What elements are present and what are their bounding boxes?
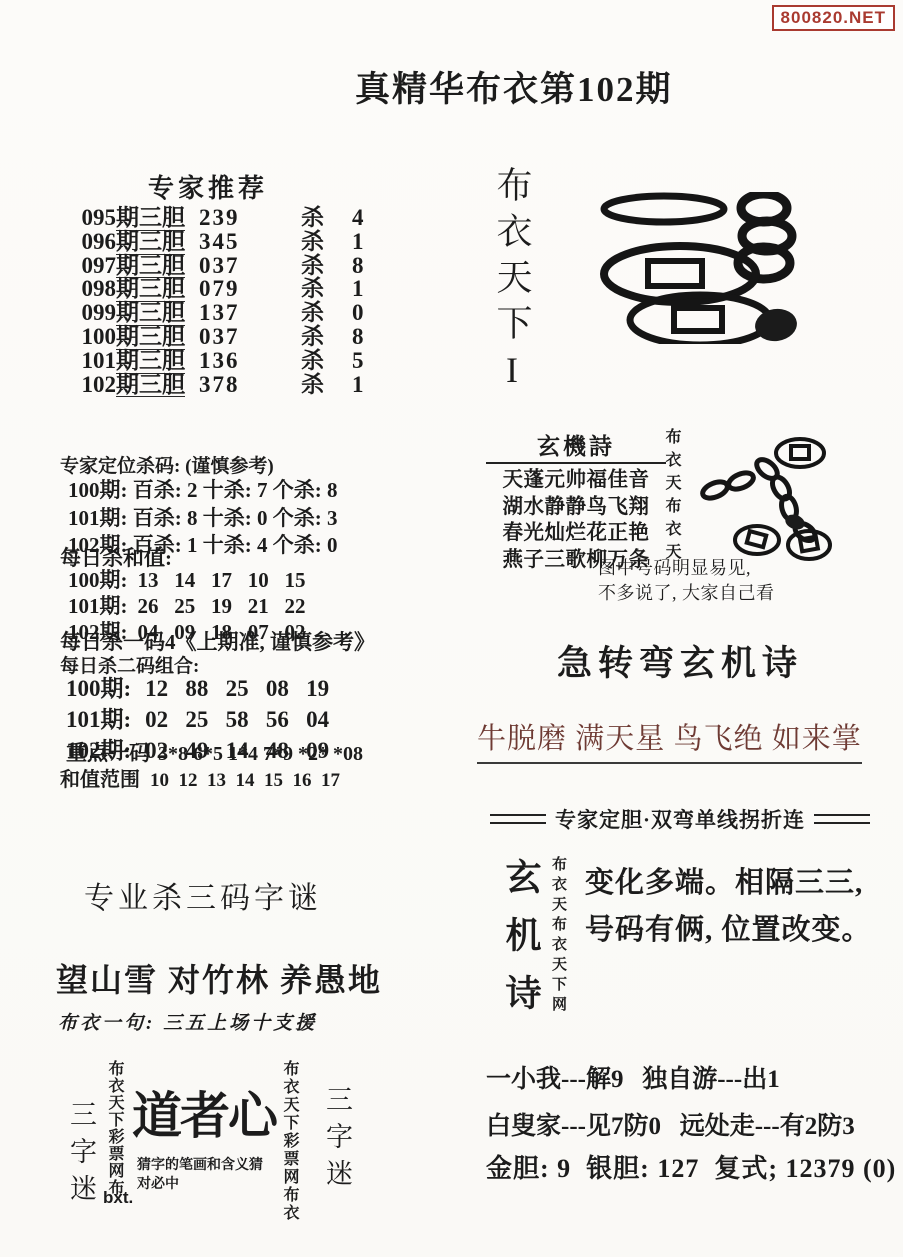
period-label: 期三胆	[116, 206, 185, 231]
watermark-column: 布衣天下彩票网布	[103, 1060, 126, 1196]
buyi-sentence: 布衣一句: 三五上场十支援	[58, 1008, 317, 1035]
table-row: 098期三胆 079 杀 1	[72, 277, 364, 301]
dan-value: 239	[199, 206, 261, 230]
riddle-answer: 道者心	[132, 1076, 276, 1148]
riddle-answer-lines: 一小我---解9 独自游---出1 白叟家---见7防0 远处走---有2防3	[486, 1056, 855, 1150]
kill-label: 杀	[301, 325, 324, 349]
kill-value: 1	[352, 277, 364, 301]
three-char-label-left: 三字迷	[62, 1100, 101, 1211]
watermark-column: 布衣天布衣天	[660, 428, 683, 566]
site-watermark-badge: 800820.NET	[772, 5, 895, 31]
dan-value: 037	[199, 254, 261, 278]
table-row: 100期三胆 037 杀 8	[72, 325, 364, 349]
table-row: 095期三胆 239 杀 4	[72, 206, 364, 230]
kill-value: 1	[352, 230, 364, 254]
mystery-poem-title: 玄機詩	[486, 428, 666, 464]
table-row: 100期:13 14 17 10 15	[68, 567, 306, 593]
values: 12 88 25 08 19	[145, 676, 329, 701]
watermark-abbrev: bxt.	[103, 1188, 133, 1208]
caption-line: 图中号码明显易见,	[598, 556, 775, 581]
period-number: 096	[72, 230, 116, 254]
mystery-poem2-lines: 变化多端。相隔三三, 号码有俩, 位置改变。	[585, 860, 872, 954]
poem-line: 变化多端。相隔三三,	[585, 860, 872, 907]
mystery-poem-box: 玄機詩 天蓬元帅福佳音 湖水静静鸟飞翔 春光灿烂花正艳 燕子三歌柳万条	[486, 428, 666, 573]
kill-label: 杀	[301, 373, 324, 397]
dan-value: 079	[199, 277, 261, 301]
dan-value: 378	[199, 373, 261, 397]
table-row: 101期三胆 136 杀 5	[72, 349, 364, 373]
sum-range-values: 10 12 13 14 15 16 17	[150, 770, 340, 791]
period-number: 095	[72, 206, 116, 230]
poem-line: 号码有俩, 位置改变。	[585, 907, 872, 954]
caption-line: 不多说了, 大家自己看	[598, 581, 775, 606]
period-number: 099	[72, 301, 116, 325]
position-kill-row: 101期: 百杀: 8 十杀: 0 个杀: 3	[68, 505, 337, 533]
period-label: 100期:	[66, 676, 131, 701]
period-label: 期三胆	[116, 277, 185, 302]
period-number: 102	[72, 373, 116, 397]
table-row: 100期:12 88 25 08 19	[66, 673, 329, 704]
kill-value: 4	[352, 206, 364, 230]
qa-line: 白叟家---见7防0 远处走---有2防3	[486, 1103, 855, 1150]
expert-recommend-table: 095期三胆 239 杀 4 096期三胆 345 杀 1 097期三胆 037…	[72, 206, 364, 396]
table-row: 101期:02 25 58 56 04	[66, 704, 329, 735]
poem-line: 湖水静静鸟飞翔	[486, 494, 666, 521]
dan-value: 136	[199, 349, 261, 373]
period-number: 100	[72, 325, 116, 349]
position-kill-row: 100期: 百杀: 2 十杀: 7 个杀: 8	[68, 477, 337, 505]
kill-label: 杀	[301, 254, 324, 278]
buyi-tianxia-vertical-title: 布衣天下I	[487, 166, 538, 400]
values: 02 25 58 56 04	[145, 707, 329, 732]
kill-value: 1	[352, 373, 364, 397]
kill-label: 杀	[301, 349, 324, 373]
table-row: 102期三胆 378 杀 1	[72, 373, 364, 397]
three-char-label-right: 三字迷	[318, 1085, 357, 1196]
hint-line: 猜字的笔画和含义猜	[137, 1156, 263, 1175]
kill-value: 8	[352, 325, 364, 349]
qa-line: 一小我---解9 独自游---出1	[486, 1056, 855, 1103]
period-label: 期三胆	[116, 301, 185, 326]
period-label: 期三胆	[116, 230, 185, 255]
coins-illustration	[592, 192, 800, 344]
period-label: 期三胆	[116, 325, 185, 350]
kill-label: 杀	[301, 301, 324, 325]
table-row: 096期三胆 345 杀 1	[72, 230, 364, 254]
sum-range-line: 和值范围10 12 13 14 15 16 17	[60, 763, 340, 792]
expert-dan-text: 专家定胆·双弯单线拐折连	[555, 804, 805, 834]
sum-range-label: 和值范围	[60, 769, 140, 791]
kill-value: 8	[352, 254, 364, 278]
values: 13 14 17 10 15	[138, 568, 306, 592]
table-row: 101期:26 25 19 21 22	[68, 593, 306, 619]
expert-dan-divider: 专家定胆·双弯单线拐折连	[470, 804, 890, 834]
dan-value: 345	[199, 230, 261, 254]
values: 26 25 19 21 22	[138, 594, 306, 618]
watermark-column: 布衣天布衣天下网	[548, 856, 569, 1016]
mystery-poem2-vertical-title: 玄机诗	[496, 858, 547, 1032]
expert-recommend-heading: 专家推荐	[148, 168, 268, 205]
table-row: 099期三胆 137 杀 0	[72, 301, 364, 325]
watermark-column: 布衣天下彩票网布衣	[278, 1060, 301, 1222]
period-label: 期三胆	[116, 254, 185, 279]
poem-line: 天蓬元帅福佳音	[486, 467, 666, 494]
period-number: 097	[72, 254, 116, 278]
period-label: 101期:	[68, 594, 128, 618]
hint-line: 对必中	[137, 1175, 263, 1194]
page-title: 真精华布衣第102期	[355, 62, 673, 112]
coin-chain-illustration	[697, 436, 837, 562]
poem-line: 春光灿烂花正艳	[486, 520, 666, 547]
dan-value: 037	[199, 325, 261, 349]
riddle-hint: 猜字的笔画和含义猜 对必中	[137, 1156, 263, 1194]
kill-label: 杀	[301, 277, 324, 301]
kill-label: 杀	[301, 206, 324, 230]
key-one-label: 重点一码	[66, 741, 150, 765]
table-row: 097期三胆 037 杀 8	[72, 254, 364, 278]
dan-value: 137	[199, 301, 261, 325]
kill-label: 杀	[301, 230, 324, 254]
kill-value: 0	[352, 301, 364, 325]
key-one-values: 3*8 6*5 1*4 7*9 *2* *08	[158, 743, 363, 765]
riddle-line: 望山雪 对竹林 养愚地	[56, 955, 382, 1001]
lottery-tip-sheet: 800820.NET 真精华布衣第102期 专家推荐 095期三胆 239 杀 …	[0, 0, 903, 1257]
period-label: 100期:	[68, 568, 128, 592]
position-kill-heading: 专家定位杀码: (谨慎参考)	[60, 451, 274, 478]
image-caption: 图中号码明显易见, 不多说了, 大家自己看	[598, 556, 775, 606]
period-number: 098	[72, 277, 116, 301]
riddle-heading: 专业杀三码字谜	[84, 873, 322, 917]
sharp-turn-line: 牛脱磨 满天星 鸟飞绝 如来掌	[477, 716, 862, 764]
period-label: 期三胆	[116, 373, 185, 398]
period-label: 期三胆	[116, 349, 185, 374]
period-number: 101	[72, 349, 116, 373]
double-line-right	[814, 814, 870, 824]
kill-value: 5	[352, 349, 364, 373]
double-line-left	[490, 814, 546, 824]
period-label: 101期:	[66, 707, 131, 732]
dan-summary-line: 金胆: 9 银胆: 127 复式; 12379 (0)	[486, 1148, 896, 1185]
sharp-turn-heading: 急转弯玄机诗	[470, 636, 890, 686]
